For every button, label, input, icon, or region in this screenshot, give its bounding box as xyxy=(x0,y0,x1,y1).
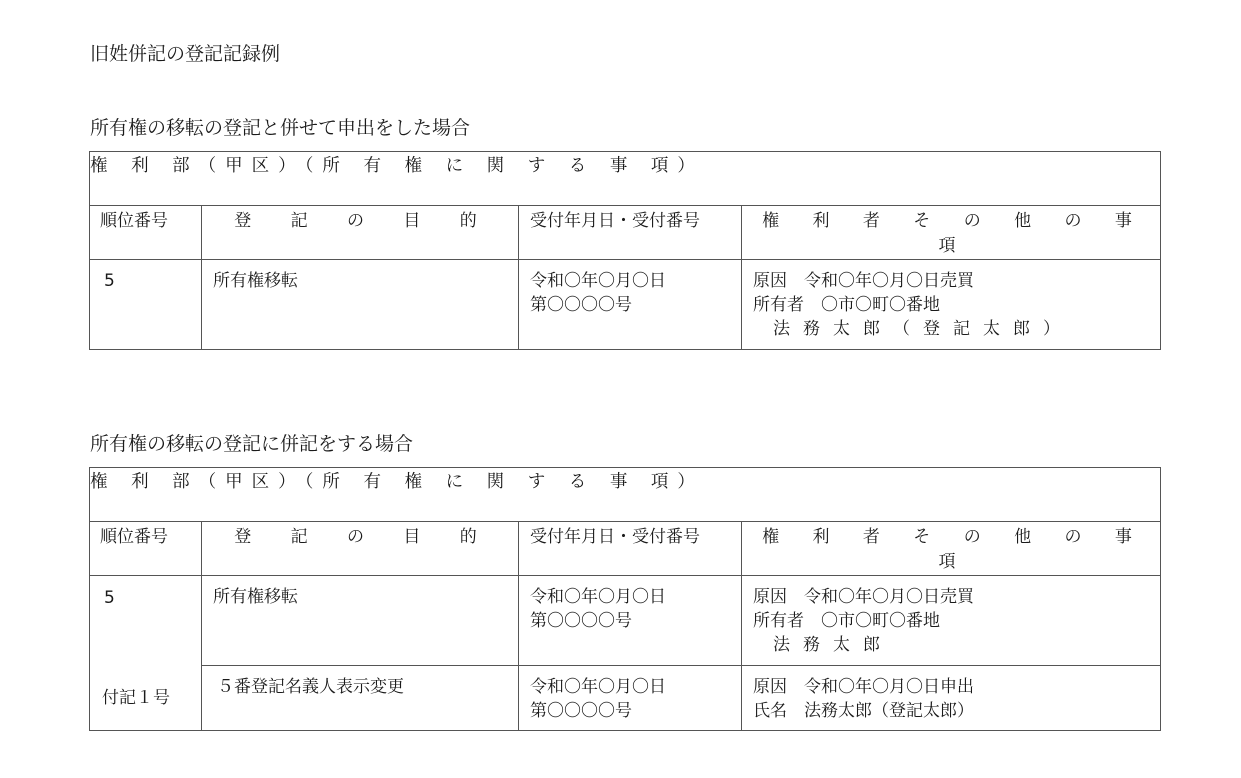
column-header-purpose: 登 記 の 目 的 xyxy=(202,206,519,260)
section-title-cell: 権 利 部（甲区）（所 有 権 に 関 す る 事 項） xyxy=(90,152,1161,206)
column-header-receipt: 受付年月日・受付番号 xyxy=(519,206,742,260)
annex-rank-value: 付記１号 xyxy=(102,686,170,710)
column-header-holder: 権 利 者 そ の 他 の 事 項 xyxy=(742,522,1161,576)
document-title: 旧姓併記の登記記録例 xyxy=(90,41,280,67)
holder-owner-address: 所有者 〇市〇町〇番地 xyxy=(753,609,1160,633)
purpose-cell: ５番登記名義人表示変更 xyxy=(202,666,519,731)
holder-owner-address: 所有者 〇市〇町〇番地 xyxy=(753,293,1160,317)
purpose-cell: 所有権移転 xyxy=(202,260,519,350)
receipt-date: 令和〇年〇月〇日 xyxy=(530,585,741,609)
table-row: 5 所有権移転 令和〇年〇月〇日 第〇〇〇〇号 原因 令和〇年〇月〇日売買 所有… xyxy=(90,260,1161,350)
receipt-number: 第〇〇〇〇号 xyxy=(530,609,741,633)
rank-cell: 5 xyxy=(90,260,202,350)
rank-value: 5 xyxy=(104,269,201,293)
example-2-heading: 所有権の移転の登記に併記をする場合 xyxy=(90,431,413,457)
table-row: 5 付記１号 所有権移転 令和〇年〇月〇日 第〇〇〇〇号 原因 令和〇年〇月〇日… xyxy=(90,576,1161,666)
column-header-holder: 権 利 者 そ の 他 の 事 項 xyxy=(742,206,1161,260)
receipt-number: 第〇〇〇〇号 xyxy=(530,699,741,723)
column-header-rank: 順位番号 xyxy=(90,522,202,576)
purpose-value: 所有権移転 xyxy=(213,585,518,609)
receipt-date: 令和〇年〇月〇日 xyxy=(530,675,741,699)
section-title: 権 利 部（甲区）（所 有 権 に 関 す る 事 項） xyxy=(90,472,704,492)
holder-owner-name: 法務太郎（登記太郎） xyxy=(753,317,1160,341)
register-table-2: 権 利 部（甲区）（所 有 権 に 関 す る 事 項） 順位番号 登 記 の … xyxy=(89,467,1161,731)
receipt-number: 第〇〇〇〇号 xyxy=(530,293,741,317)
column-header-receipt: 受付年月日・受付番号 xyxy=(519,522,742,576)
purpose-value: 所有権移転 xyxy=(213,269,518,293)
rank-value: 5 xyxy=(104,586,115,610)
holder-owner-name: 法務太郎 xyxy=(753,633,1160,657)
register-table-1: 権 利 部（甲区）（所 有 権 に 関 す る 事 項） 順位番号 登 記 の … xyxy=(89,151,1161,350)
purpose-value: ５番登記名義人表示変更 xyxy=(217,675,518,699)
holder-cell: 原因 令和〇年〇月〇日申出 氏名 法務太郎（登記太郎） xyxy=(742,666,1161,731)
column-header-rank: 順位番号 xyxy=(90,206,202,260)
holder-cell: 原因 令和〇年〇月〇日売買 所有者 〇市〇町〇番地 法務太郎（登記太郎） xyxy=(742,260,1161,350)
column-header-purpose: 登 記 の 目 的 xyxy=(202,522,519,576)
example-1-heading: 所有権の移転の登記と併せて申出をした場合 xyxy=(90,115,470,141)
section-title: 権 利 部（甲区）（所 有 権 に 関 す る 事 項） xyxy=(90,156,704,176)
holder-cause: 原因 令和〇年〇月〇日売買 xyxy=(753,269,1160,293)
holder-cause: 原因 令和〇年〇月〇日売買 xyxy=(753,585,1160,609)
receipt-date: 令和〇年〇月〇日 xyxy=(530,269,741,293)
receipt-cell: 令和〇年〇月〇日 第〇〇〇〇号 xyxy=(519,666,742,731)
holder-name-change: 氏名 法務太郎（登記太郎） xyxy=(753,699,1160,723)
rank-cell: 5 付記１号 xyxy=(90,576,202,731)
purpose-cell: 所有権移転 xyxy=(202,576,519,666)
receipt-cell: 令和〇年〇月〇日 第〇〇〇〇号 xyxy=(519,576,742,666)
holder-cell: 原因 令和〇年〇月〇日売買 所有者 〇市〇町〇番地 法務太郎 xyxy=(742,576,1161,666)
table-row-annex: ５番登記名義人表示変更 令和〇年〇月〇日 第〇〇〇〇号 原因 令和〇年〇月〇日申… xyxy=(90,666,1161,731)
section-title-cell: 権 利 部（甲区）（所 有 権 に 関 す る 事 項） xyxy=(90,468,1161,522)
receipt-cell: 令和〇年〇月〇日 第〇〇〇〇号 xyxy=(519,260,742,350)
holder-cause: 原因 令和〇年〇月〇日申出 xyxy=(753,675,1160,699)
